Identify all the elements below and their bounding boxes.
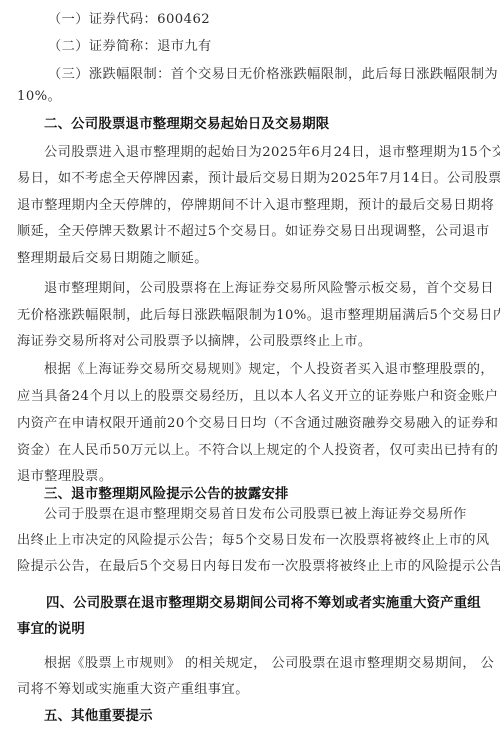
security-code-item: （一）证券代码：600462: [48, 11, 210, 29]
section-2-heading: 二、公司股票退市整理期交易起始日及交易期限: [44, 116, 329, 134]
paragraph-line: 整理期最后交易日期随之顺延。: [17, 250, 208, 268]
section-4-heading-line-2: 事宜的说明: [17, 621, 85, 639]
paragraph-line: 资金）在人民币50万元以上。不符合以上规定的个人投资者，仅可卖出已持有的: [17, 442, 498, 460]
price-limit-item-line-2: 10%。: [17, 88, 61, 106]
section-5-heading: 五、其他重要提示: [44, 708, 153, 726]
paragraph-line: 出终止上市决定的风险提示公告；每5个交易日发布一次股票将被终止上市的风: [17, 532, 490, 550]
paragraph-line: 公司股票进入退市整理期的起始日为2025年6月24日，退市整理期为15个交: [44, 144, 500, 162]
section-4-heading-line-1: 四、公司股票在退市整理期交易期间公司将不筹划或者实施重大资产重组: [46, 595, 481, 613]
paragraph-line: 退市整理期间，公司股票将在上海证券交易所风险警示板交易，首个交易日: [44, 280, 494, 298]
paragraph-line: 险提示公告，在最后5个交易日内每日发布一次股票将被终止上市的风险提示公告。: [17, 558, 500, 576]
paragraph-line: 顺延，全天停牌天数累计不超过5个交易日。如证券交易日出现调整，公司退市: [17, 223, 490, 241]
paragraph-line: 应当具备24个月以上的股票交易经历，且以本人名义开立的证券账户和资金账户: [17, 388, 498, 406]
paragraph-line: 无价格涨跌幅限制，此后每日涨跌幅限制为10%。退市整理期届满后5个交易日内，上: [17, 307, 500, 325]
security-short-name-item: （二）证券简称：退市九有: [48, 38, 212, 56]
paragraph-line: 司将不筹划或实施重大资产重组事宜。: [17, 681, 249, 699]
section-3-heading: 三、退市整理期风险提示公告的披露安排: [44, 486, 289, 504]
paragraph-line: 内资产在申请权限开通前20个交易日日均（不含通过融资融券交易融入的证券和: [17, 415, 498, 433]
paragraph-line: 退市整理期内全天停牌的，停牌期间不计入退市整理期，预计的最后交易日期将: [17, 197, 494, 215]
paragraph-line: 根据《上海证券交易所交易规则》规定，个人投资者买入退市整理股票的，: [44, 361, 494, 379]
paragraph-line: 易日，如不考虑全天停牌因素，预计最后交易日期为2025年7月14日。公司股票在: [17, 170, 500, 188]
paragraph-line: 根据《股票上市规则》 的相关规定， 公司股票在退市整理期交易期间， 公: [44, 655, 494, 673]
paragraph-line: 公司于股票在退市整理期交易首日发布公司股票已被上海证券交易所作: [44, 506, 467, 524]
paragraph-line: 海证券交易所将对公司股票予以摘牌，公司股票终止上市。: [17, 333, 372, 351]
paragraph-line: 退市整理股票。: [17, 468, 112, 486]
price-limit-item-line-1: （三）涨跌幅限制：首个交易日无价格涨跌幅限制，此后每日涨跌幅限制为: [48, 66, 498, 84]
